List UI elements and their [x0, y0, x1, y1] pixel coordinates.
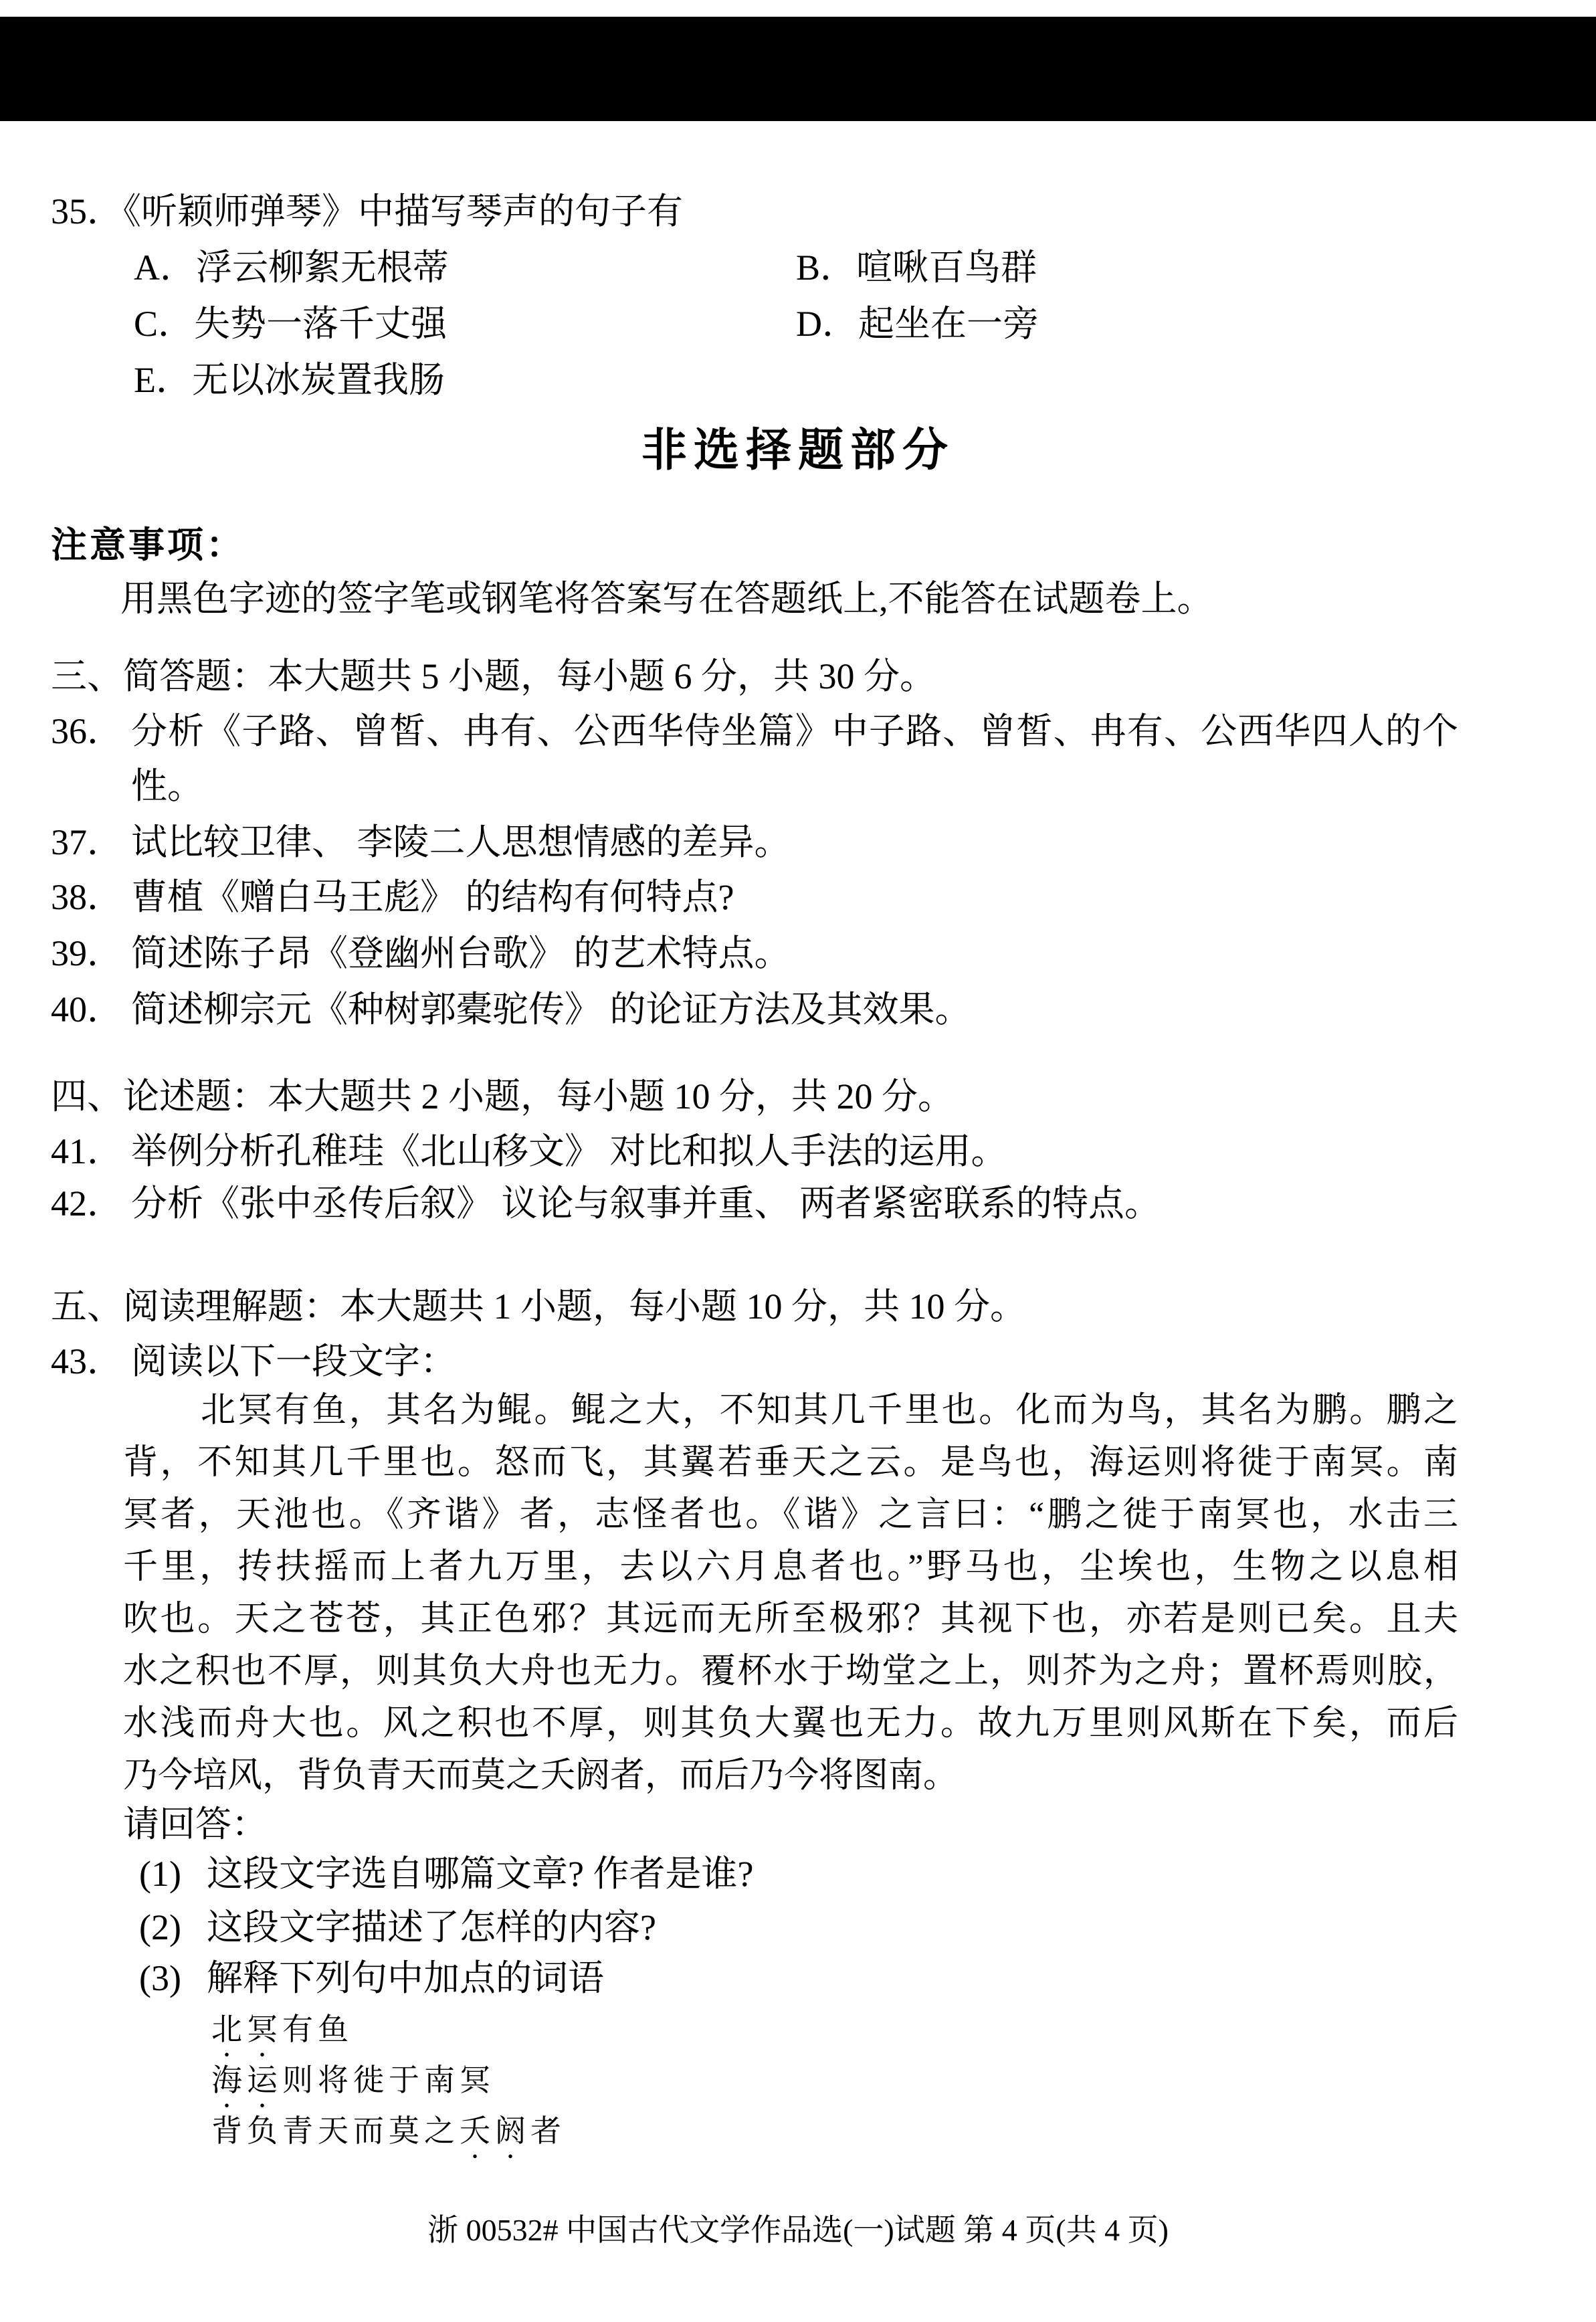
question-37: 37． 试比较卫律、 李陵二人思想情感的差异。: [51, 820, 791, 864]
question-36: 36． 分析《子路、曾皙、冉有、公西华侍坐篇》中子路、曾皙、冉有、公西华四人的个: [51, 709, 1458, 753]
options-row-e: E．无以冰炭置我肠: [134, 358, 445, 402]
option-b-label: B．: [796, 248, 856, 288]
passage-line: 背，不知其几千里也。怒而飞，其翼若垂天之云。是鸟也，海运则将徙于南冥。南: [123, 1442, 1458, 1484]
question-39-number: 39．: [51, 931, 131, 975]
notice-body: 用黑色字迹的签字笔或钢笔将答案写在答题纸上,不能答在试题卷上。: [120, 577, 1213, 621]
option-e-text: 无以冰炭置我肠: [192, 360, 445, 400]
section-heading: 非选择题部分: [0, 428, 1596, 472]
gloss-3-emphasized: 夭阏: [460, 2114, 530, 2148]
sub-question-1-label: (1): [139, 1852, 207, 1896]
option-a-text: 浮云柳絮无根蒂: [196, 248, 449, 288]
section4-header: 四、论述题：本大题共 2 小题，每小题 10 分，共 20 分。: [51, 1074, 954, 1119]
section3-header: 三、简答题：本大题共 5 小题，每小题 6 分，共 30 分。: [51, 654, 936, 698]
option-c-text: 失势一落千丈强: [194, 304, 447, 344]
question-43: 43． 阅读以下一段文字：: [51, 1339, 456, 1383]
question-39-text: 简述陈子昂《登幽州台歌》 的艺术特点。: [131, 931, 791, 975]
option-e: E．无以冰炭置我肠: [134, 358, 445, 402]
question-43-number: 43．: [51, 1339, 131, 1383]
question-42: 42． 分析《张中丞传后叙》 议论与叙事并重、 两者紧密联系的特点。: [51, 1181, 1161, 1226]
question-42-number: 42．: [51, 1181, 131, 1226]
exam-paper-page: 35．《听颖师弹琴》中描写琴声的句子有 A．浮云柳絮无根蒂 B．喧啾百鸟群 C．…: [0, 0, 1596, 2322]
question-42-text: 分析《张中丞传后叙》 议论与叙事并重、 两者紧密联系的特点。: [131, 1181, 1161, 1226]
sub-question-2-label: (2): [139, 1905, 207, 1949]
gloss-3-pre: 背负青天而莫之: [211, 2114, 460, 2148]
question-38-number: 38．: [51, 875, 131, 919]
question-40: 40． 简述柳宗元《种树郭橐驼传》 的论证方法及其效果。: [51, 987, 971, 1032]
option-d: D．起坐在一旁: [796, 302, 1039, 346]
option-a-label: A．: [134, 248, 196, 288]
sub-question-1: (1) 这段文字选自哪篇文章? 作者是谁?: [139, 1852, 753, 1896]
question-36-number: 36．: [51, 709, 131, 753]
options-row-ab: A．浮云柳絮无根蒂 B．喧啾百鸟群: [134, 246, 1037, 290]
gloss-2-emphasized: 海运: [211, 2063, 282, 2097]
passage-line: 北冥有鱼，其名为鲲。鲲之大，不知其几千里也。化而为鸟，其名为鹏。鹏之: [123, 1390, 1458, 1432]
gloss-line: 背负青天而莫之夭阏者: [211, 2113, 566, 2165]
question-38: 38． 曹植《赠白马王彪》 的结构有何特点?: [51, 875, 734, 919]
option-d-text: 起坐在一旁: [858, 304, 1039, 344]
sub-question-3: (3) 解释下列句中加点的词语: [139, 1956, 604, 2000]
sub-question-1-text: 这段文字选自哪篇文章? 作者是谁?: [207, 1852, 753, 1896]
gloss-line: 北冥有鱼: [211, 2011, 353, 2063]
passage-line: 冥者，天池也。《齐谐》者，志怪者也。《谐》之言曰：“鹏之徙于南冥也，水击三: [123, 1494, 1458, 1536]
question-35-stem: 35．《听颖师弹琴》中描写琴声的句子有: [51, 189, 683, 233]
passage-line: 吹也。天之苍苍，其正色邪？其远而无所至极邪？其视下也，亦若是则已矣。且夫: [123, 1599, 1458, 1640]
options-row-cd: C．失势一落千丈强 D．起坐在一旁: [134, 302, 1039, 346]
gloss-1-emphasized: 北冥: [211, 2012, 282, 2046]
question-37-number: 37．: [51, 820, 131, 864]
gloss-line: 海运则将徙于南冥: [211, 2062, 495, 2114]
question-41-text: 举例分析孔稚珪《北山移文》 对比和拟人手法的运用。: [131, 1129, 1007, 1173]
answer-prompt: 请回答：: [123, 1802, 268, 1846]
sub-question-2-text: 这段文字描述了怎样的内容?: [207, 1905, 656, 1949]
sub-question-3-label: (3): [139, 1956, 207, 2000]
question-38-text: 曹植《赠白马王彪》 的结构有何特点?: [131, 875, 734, 919]
option-b-text: 喧啾百鸟群: [856, 248, 1037, 288]
option-c-label: C．: [134, 304, 194, 344]
option-d-label: D．: [796, 304, 858, 344]
scan-header-bar: [0, 17, 1596, 121]
passage-line: 水浅而舟大也。风之积也不厚，则其负大翼也无力。故九万里则风斯在下矣，而后: [123, 1703, 1458, 1745]
passage-line: 乃今培风，背负青天而莫之夭阏者，而后乃今将图南。: [123, 1755, 1458, 1797]
option-a: A．浮云柳絮无根蒂: [134, 246, 796, 290]
gloss-2-post: 则将徙于南冥: [282, 2063, 495, 2097]
page-footer: 浙 00532# 中国古代文学作品选(一)试题 第 4 页(共 4 页): [0, 2212, 1596, 2249]
question-39: 39． 简述陈子昂《登幽州台歌》 的艺术特点。: [51, 931, 791, 975]
question-37-text: 试比较卫律、 李陵二人思想情感的差异。: [131, 820, 791, 864]
gloss-1-post: 有鱼: [282, 2012, 353, 2046]
question-41: 41． 举例分析孔稚珪《北山移文》 对比和拟人手法的运用。: [51, 1129, 1007, 1173]
question-41-number: 41．: [51, 1129, 131, 1173]
question-36-text-line1: 分析《子路、曾皙、冉有、公西华侍坐篇》中子路、曾皙、冉有、公西华四人的个: [131, 709, 1458, 753]
sub-question-3-text: 解释下列句中加点的词语: [207, 1956, 604, 2000]
option-c: C．失势一落千丈强: [134, 302, 796, 346]
option-e-label: E．: [134, 360, 192, 400]
section5-header: 五、阅读理解题：本大题共 1 小题，每小题 10 分，共 10 分。: [51, 1284, 1026, 1329]
passage-line: 水之积也不厚，则其负大舟也无力。覆杯水于坳堂之上，则芥为之舟；置杯焉则胶，: [123, 1651, 1458, 1692]
question-40-text: 简述柳宗元《种树郭橐驼传》 的论证方法及其效果。: [131, 987, 971, 1032]
option-b: B．喧啾百鸟群: [796, 246, 1037, 290]
sub-question-2: (2) 这段文字描述了怎样的内容?: [139, 1905, 656, 1949]
question-40-number: 40．: [51, 987, 131, 1032]
question-43-stem: 阅读以下一段文字：: [131, 1339, 456, 1383]
notice-title: 注意事项：: [51, 523, 245, 567]
gloss-3-post: 者: [530, 2114, 566, 2148]
question-36-text-line2: 性。: [131, 764, 203, 808]
passage-line: 千里，抟扶摇而上者九万里，去以六月息者也。”野马也，尘埃也，生物之以息相: [123, 1547, 1458, 1588]
